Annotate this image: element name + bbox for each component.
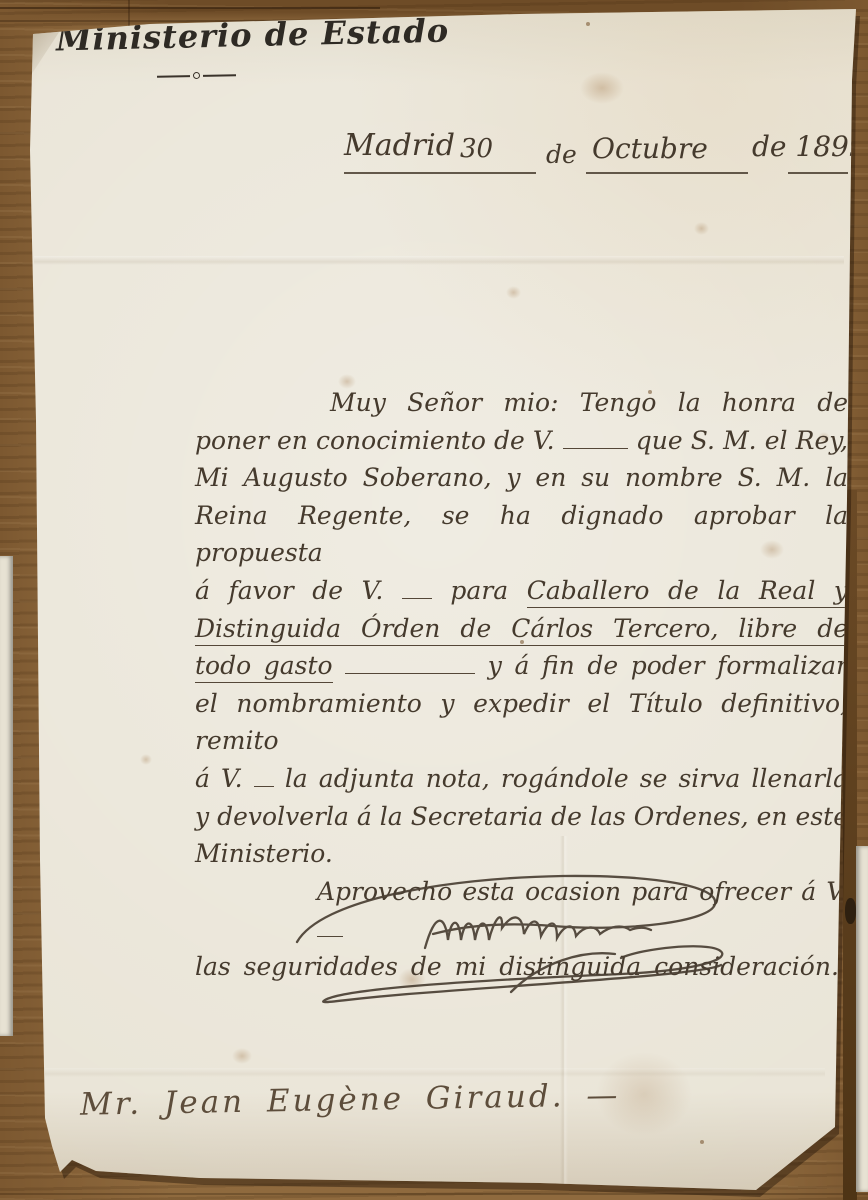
date-rule xyxy=(586,172,748,174)
letter-line: poner en conocimiento de V. que S. M. el… xyxy=(195,422,848,460)
ornament-ring xyxy=(193,72,200,79)
letter-line: el nombramiento y expedir el Título defi… xyxy=(195,685,848,760)
date-month: Octubre xyxy=(592,132,708,165)
fold-crease xyxy=(45,1068,825,1077)
date-city: Madrid xyxy=(344,128,455,163)
letter-line: Ministerio. xyxy=(195,835,848,873)
underlying-sheet-right xyxy=(856,846,868,1192)
letter-line: Reina Regente, se ha dignado aprobar la … xyxy=(195,497,848,572)
letterhead-ornament xyxy=(157,71,236,79)
letter-paper: Ministerio de Estado Madrid 30 de Octubr… xyxy=(0,0,868,1200)
date-year: de 1899. xyxy=(752,130,868,163)
letter-line: Distinguida Órden de Cárlos Tercero, lib… xyxy=(195,610,848,648)
date-rule xyxy=(344,172,536,174)
wood-knot xyxy=(845,898,856,924)
addressee-name: Mr. Jean Eugène Giraud. — xyxy=(80,1077,621,1122)
fold-crease xyxy=(34,256,844,265)
letter-line: todo gasto y á fin de poder formalizar xyxy=(195,647,848,685)
stain xyxy=(140,754,152,765)
filled-in-text: Caballero de la Real y xyxy=(527,576,848,608)
ornament-rule-right xyxy=(203,74,236,77)
stain xyxy=(580,72,624,104)
stain xyxy=(232,1048,252,1064)
ornament-rule-left xyxy=(157,75,190,78)
stain xyxy=(694,222,709,235)
fox-spot xyxy=(700,1140,704,1144)
underlying-sheet-left xyxy=(0,556,13,1036)
letter-line: á V. la adjunta nota, rogándole se sirva… xyxy=(195,760,848,798)
letter-line: Muy Señor mio: Tengo la honra de xyxy=(195,384,848,422)
photo-of-letter: Ministerio de Estado Madrid 30 de Octubr… xyxy=(0,0,868,1200)
date-line: Madrid 30 de Octubre de 1899. xyxy=(0,0,868,60)
stain xyxy=(506,286,521,299)
blank-rule xyxy=(345,649,475,674)
date-de: de xyxy=(546,140,577,169)
blank-rule xyxy=(254,762,274,787)
filled-in-text: todo gasto xyxy=(195,651,333,683)
letter-line: Mi Augusto Soberano, y en su nombre S. M… xyxy=(195,459,848,497)
blank-rule xyxy=(563,424,628,449)
letter-line: á favor de V. para Caballero de la Real … xyxy=(195,572,848,610)
wood-plank-seam xyxy=(0,7,380,9)
blank-rule xyxy=(402,574,432,599)
date-day: 30 xyxy=(460,134,493,164)
wood-plank-seam xyxy=(128,0,130,26)
filled-in-text: Distinguida Órden de Cárlos Tercero, lib… xyxy=(195,614,848,646)
signature-flourish xyxy=(283,870,743,1005)
date-rule xyxy=(788,172,848,174)
letter-line: y devolverla á la Secretaria de las Orde… xyxy=(195,798,848,836)
